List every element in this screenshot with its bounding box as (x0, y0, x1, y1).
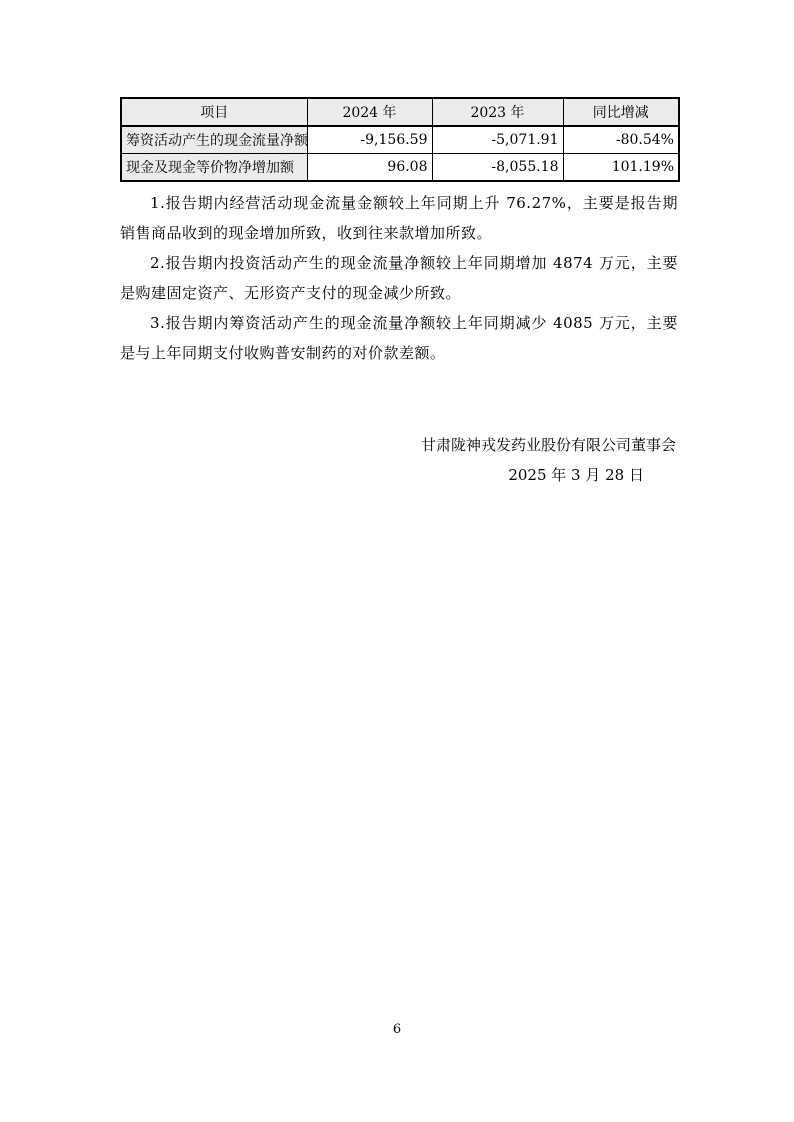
document-page: 项目 2024 年 2023 年 同比增减 筹资活动产生的现金流量净额 -9,1… (0, 0, 794, 1122)
row-label-net-increase-cash: 现金及现金等价物净增加额 (121, 154, 307, 182)
col-header-yoy: 同比增减 (563, 98, 679, 126)
cell-yoy-value: 101.19% (563, 154, 679, 182)
document-content: 项目 2024 年 2023 年 同比增减 筹资活动产生的现金流量净额 -9,1… (120, 97, 678, 490)
signature-company-name: 甘肃陇神戎发药业股份有限公司董事会 (120, 430, 678, 460)
cell-2024-value: -9,156.59 (307, 126, 432, 154)
notes-section: 1.报告期内经营活动现金流量金额较上年同期上升 76.27%，主要是报告期销售商… (120, 188, 678, 368)
note-paragraph-2: 2.报告期内投资活动产生的现金流量净额较上年同期增加 4874 万元，主要是购建… (120, 248, 678, 308)
col-header-2024: 2024 年 (307, 98, 432, 126)
col-header-item: 项目 (121, 98, 307, 126)
table-header-row: 项目 2024 年 2023 年 同比增减 (121, 98, 679, 126)
col-header-2023: 2023 年 (432, 98, 563, 126)
page-number: 6 (0, 1022, 794, 1037)
cell-2023-value: -8,055.18 (432, 154, 563, 182)
cell-2023-value: -5,071.91 (432, 126, 563, 154)
note-paragraph-3: 3.报告期内筹资活动产生的现金流量净额较上年同期减少 4085 万元，主要是与上… (120, 308, 678, 368)
signature-block: 甘肃陇神戎发药业股份有限公司董事会 2025 年 3 月 28 日 (120, 430, 678, 490)
table-row: 筹资活动产生的现金流量净额 -9,156.59 -5,071.91 -80.54… (121, 126, 679, 154)
table-row: 现金及现金等价物净增加额 96.08 -8,055.18 101.19% (121, 154, 679, 182)
signature-date: 2025 年 3 月 28 日 (120, 460, 678, 490)
row-label-financing-net-cashflow: 筹资活动产生的现金流量净额 (121, 126, 307, 154)
cell-2024-value: 96.08 (307, 154, 432, 182)
cell-yoy-value: -80.54% (563, 126, 679, 154)
cash-flow-summary-table: 项目 2024 年 2023 年 同比增减 筹资活动产生的现金流量净额 -9,1… (120, 97, 680, 182)
note-paragraph-1: 1.报告期内经营活动现金流量金额较上年同期上升 76.27%，主要是报告期销售商… (120, 188, 678, 248)
